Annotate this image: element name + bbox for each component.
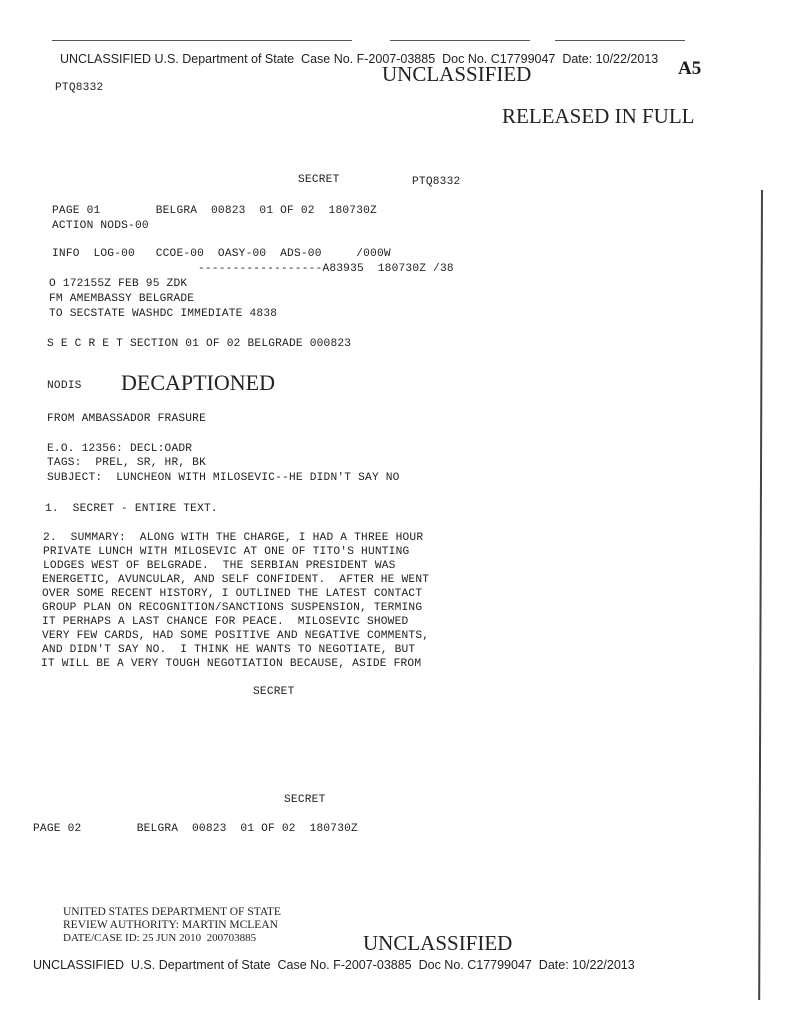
eo-line: E.O. 12356: DECL:OADR bbox=[47, 443, 192, 455]
dash-line: ------------------A83935 180730Z /38 bbox=[198, 263, 454, 275]
paragraph-1: 1. SECRET - ENTIRE TEXT. bbox=[45, 503, 218, 515]
paragraph-line: IT PERHAPS A LAST CHANCE FOR PEACE. MILO… bbox=[42, 616, 408, 628]
page2-classification: SECRET bbox=[284, 794, 325, 806]
decaptioned-stamp: DECAPTIONED bbox=[121, 370, 275, 396]
paragraph-line: ENERGETIC, AVUNCULAR, AND SELF CONFIDENT… bbox=[42, 574, 429, 586]
from-line: FM AMEMBASSY BELGRADE bbox=[49, 293, 194, 305]
from-ambassador-line: FROM AMBASSADOR FRASURE bbox=[47, 413, 206, 425]
paragraph-line: 2. SUMMARY: ALONG WITH THE CHARGE, I HAD… bbox=[43, 532, 423, 544]
paragraph-line: OVER SOME RECENT HISTORY, I OUTLINED THE… bbox=[42, 588, 422, 600]
page-line: PAGE 01 BELGRA 00823 01 OF 02 180730Z bbox=[52, 205, 377, 217]
header-stamp-line: UNCLASSIFIED U.S. Department of State Ca… bbox=[60, 52, 658, 66]
page2-page-line: PAGE 02 BELGRA 00823 01 OF 02 180730Z bbox=[33, 823, 358, 835]
classification-footer: SECRET bbox=[253, 686, 294, 698]
scan-artifact-line bbox=[52, 40, 352, 41]
paragraph-line: GROUP PLAN ON RECOGNITION/SANCTIONS SUSP… bbox=[42, 602, 422, 614]
action-line: ACTION NODS-00 bbox=[52, 220, 149, 232]
review-line: DATE/CASE ID: 25 JUN 2010 200703885 bbox=[63, 932, 256, 944]
to-line: TO SECSTATE WASHDC IMMEDIATE 4838 bbox=[49, 308, 277, 320]
header-stamp-code: A5 bbox=[676, 58, 703, 80]
paragraph-line: LODGES WEST OF BELGRADE. THE SERBIAN PRE… bbox=[43, 560, 396, 572]
paragraph-line: VERY FEW CARDS, HAD SOME POSITIVE AND NE… bbox=[42, 630, 429, 642]
info-line: INFO LOG-00 CCOE-00 OASY-00 ADS-00 /000W bbox=[52, 248, 391, 260]
released-in-full-stamp: RELEASED IN FULL bbox=[502, 104, 695, 129]
subject-line: SUBJECT: LUNCHEON WITH MILOSEVIC--HE DID… bbox=[47, 472, 400, 484]
paragraph-line: PRIVATE LUNCH WITH MILOSEVIC AT ONE OF T… bbox=[43, 546, 409, 558]
page-edge-line bbox=[758, 190, 762, 1000]
footer-stamp-line: UNCLASSIFIED U.S. Department of State Ca… bbox=[33, 958, 635, 972]
ptq-header: PTQ8332 bbox=[412, 176, 460, 188]
ptq-top: PTQ8332 bbox=[55, 82, 103, 94]
section-line: S E C R E T SECTION 01 OF 02 BELGRADE 00… bbox=[47, 338, 351, 350]
scan-artifact-line bbox=[390, 40, 530, 41]
nodis-label: NODIS bbox=[47, 380, 82, 392]
review-line: REVIEW AUTHORITY: MARTIN MCLEAN bbox=[63, 919, 278, 931]
tags-line: TAGS: PREL, SR, HR, BK bbox=[47, 457, 206, 469]
paragraph-line: AND DIDN'T SAY NO. I THINK HE WANTS TO N… bbox=[42, 644, 415, 656]
dtg-line: O 172155Z FEB 95 ZDK bbox=[49, 278, 187, 290]
review-line: UNITED STATES DEPARTMENT OF STATE bbox=[63, 906, 281, 918]
paragraph-line: IT WILL BE A VERY TOUGH NEGOTIATION BECA… bbox=[41, 658, 421, 670]
footer-unclassified-stamp: UNCLASSIFIED bbox=[363, 931, 512, 956]
scan-artifact-line bbox=[555, 40, 685, 41]
header-unclassified-stamp: UNCLASSIFIED bbox=[382, 62, 531, 87]
classification-header: SECRET bbox=[298, 174, 339, 186]
